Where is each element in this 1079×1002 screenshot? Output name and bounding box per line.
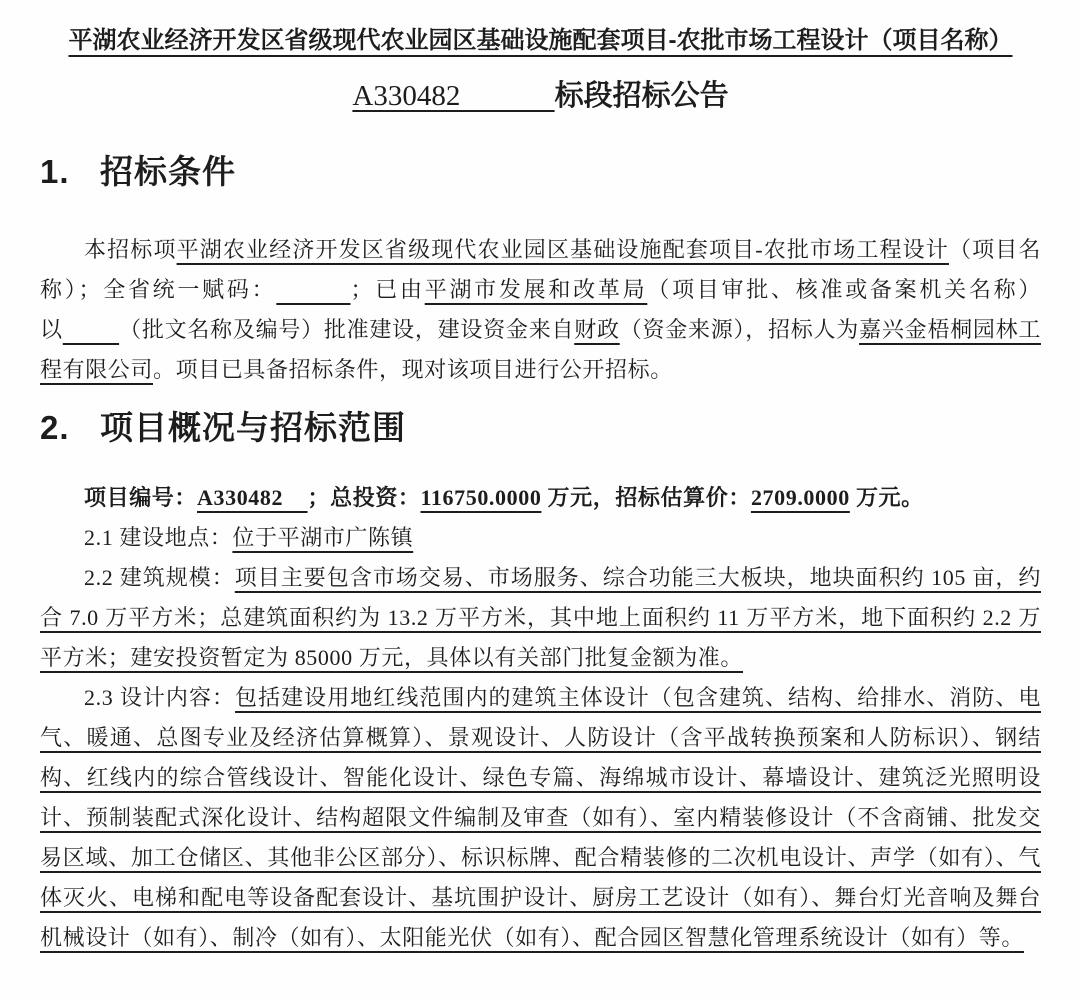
text-run: A330482 [352,80,554,112]
text-run: 万元。 [850,485,924,510]
section-2-2-paragraph: 2.2 建筑规模：项目主要包含市场交易、市场服务、综合功能三大板块，地块面积约 … [40,558,1041,678]
text-run: A330482 [197,485,308,510]
text-run: 2.3 设计内容： [84,685,235,710]
text-run: 标段招标公告 [555,80,729,112]
section-2-3-paragraph: 2.3 设计内容：包括建设用地红线范围内的建筑主体设计（包含建筑、结构、给排水、… [40,678,1041,958]
text-run: 包括建设用地红线范围内的建筑主体设计（包含建筑、结构、给排水、消防、电气、暖通、… [40,685,1041,950]
text-run [63,317,119,342]
text-run: （批文名称及编号）批准建设，建设资金来自 [119,317,574,342]
section-1-paragraph: 本招标项平湖农业经济开发区省级现代农业园区基础设施配套项目-农批市场工程设计（项… [40,230,1041,390]
text-run: 。项目已具备招标条件，现对该项目进行公开招标。 [153,357,673,382]
text-run: 2.2 建筑规模： [84,565,235,590]
text-run: 平湖农业经济开发区省级现代农业园区基础设施配套项目-农批市场工程设计（项目名称） [69,27,1013,54]
text-run: 本招标项 [84,237,177,262]
text-run: 财政 [574,317,620,342]
text-run: 2709.0000 [751,485,850,510]
project-summary-line: 项目编号：A330482 ；总投资：116750.0000 万元，招标估算价：2… [40,478,1041,518]
text-run: 万元，招标估算价： [541,485,751,510]
section-2-heading: 2. 项目概况与招标范围 [40,406,1041,450]
text-run: 平湖市发展和改革局 [425,277,648,302]
text-run: （资金来源），招标人为 [620,317,859,342]
section-2-1-line: 2.1 建设地点：位于平湖市广陈镇 [40,518,1041,558]
text-run [276,277,350,302]
text-run: 平湖农业经济开发区省级现代农业园区基础设施配套项目-农批市场工程设计 [177,237,949,262]
text-run: 位于平湖市广陈镇 [232,525,413,550]
text-run: ；已由 [350,277,424,302]
text-run: 2. 项目概况与招标范围 [40,409,406,446]
section-1-heading: 1. 招标条件 [40,150,1041,194]
text-run: 2.1 建设地点： [84,525,232,550]
text-run: 项目编号： [84,485,197,510]
text-run: ；总投资： [308,485,421,510]
document-page: 平湖农业经济开发区省级现代农业园区基础设施配套项目-农批市场工程设计（项目名称）… [0,0,1079,1002]
text-run: 1. 招标条件 [40,153,236,190]
doc-title: 平湖农业经济开发区省级现代农业园区基础设施配套项目-农批市场工程设计（项目名称） [40,24,1041,58]
doc-subtitle: A330482 标段招标公告 [40,76,1041,116]
text-run: 116750.0000 [421,485,542,510]
